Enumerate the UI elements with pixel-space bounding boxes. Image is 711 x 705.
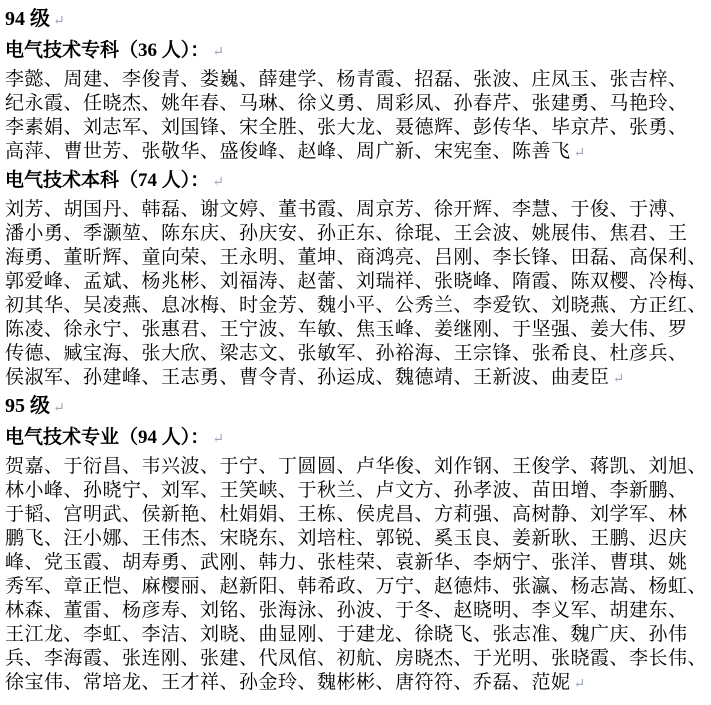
name-line: 郭爱峰、孟斌、杨兆彬、刘福涛、赵蕾、刘瑞祥、张晓峰、隋霞、陈双樱、冷梅、 (5, 270, 707, 294)
group-title-zhuanke: 电气技术专科（36 人）：↵ (5, 36, 707, 68)
name-line: 峰、党玉霞、胡寿勇、武刚、韩力、张桂荣、袁新华、李炳宁、张洋、曹琪、姚 (5, 551, 707, 575)
name-line: 林小峰、孙晓宁、刘军、王笑峡、于秋兰、卢文方、孙孝波、苗田增、李新鹏、 (5, 479, 707, 503)
grade-heading-95-text: 95 级 (5, 395, 50, 417)
name-line-text: 侯淑军、孙建峰、王志勇、曹令青、孙运成、魏德靖、王新波、曲麦臣 (5, 367, 610, 388)
name-line: 兵、李海霞、张连刚、张建、代凤倌、初航、房晓杰、于光明、张晓霞、李长伟、 (5, 647, 707, 671)
name-line: 贺嘉、于衍昌、韦兴波、于宁、丁圆圆、卢华俊、刘作钢、王俊学、蒋凯、刘旭、 (5, 455, 707, 479)
name-line: 初其华、吴凌燕、息冰梅、时金芳、魏小平、公秀兰、李爱钦、刘晓燕、方正红、 (5, 294, 707, 318)
group-title-zhuanye: 电气技术专业（94 人）：↵ (5, 423, 707, 455)
name-line: 鹏飞、汪小娜、王伟杰、宋晓东、刘培柱、郭锐、奚玉良、姜新耿、王鹏、迟庆 (5, 527, 707, 551)
paragraph-mark-icon: ↵ (212, 175, 224, 190)
name-line: 李懿、周建、李俊青、娄巍、薛建学、杨青霞、招磊、张波、庄凤玉、张吉梓、 (5, 68, 707, 92)
name-line: 秀军、章正恺、麻樱丽、赵新阳、韩希政、万宁、赵德炜、张瀛、杨志嵩、杨虹、 (5, 575, 707, 599)
name-line: 徐宝伟、常培龙、王才祥、孙金玲、魏彬彬、唐符符、乔磊、范妮↵ (5, 671, 707, 697)
grade-heading-94-text: 94 级 (5, 8, 50, 30)
paragraph-mark-icon: ↵ (574, 146, 586, 161)
group-zhuanke: 电气技术专科（36 人）：↵ 李懿、周建、李俊青、娄巍、薛建学、杨青霞、招磊、张… (5, 36, 707, 166)
grade-heading-94: 94 级↵ (5, 5, 707, 36)
name-line: 林森、董雷、杨彦寿、刘铭、张海泳、孙波、于冬、赵晓明、李义军、胡建东、 (5, 599, 707, 623)
paragraph-mark-icon: ↵ (53, 14, 65, 29)
name-line: 刘芳、胡国丹、韩磊、谢文婷、董书霞、周京芳、徐开辉、李慧、于俊、于溥、 (5, 198, 707, 222)
name-line: 潘小勇、季灏堃、陈东庆、孙庆安、孙正东、徐琨、王会波、姚展伟、焦君、王 (5, 222, 707, 246)
name-line: 侯淑军、孙建峰、王志勇、曹令青、孙运成、魏德靖、王新波、曲麦臣↵ (5, 366, 707, 392)
group-title-zhuanye-text: 电气技术专业（94 人）： (5, 427, 209, 448)
name-line: 李素娟、刘志军、刘国锋、宋全胜、张大龙、聂德辉、彭传华、毕京芹、张勇、 (5, 116, 707, 140)
paragraph-mark-icon: ↵ (53, 401, 65, 416)
paragraph-mark-icon: ↵ (212, 45, 224, 60)
group-zhuanye: 电气技术专业（94 人）：↵ 贺嘉、于衍昌、韦兴波、于宁、丁圆圆、卢华俊、刘作钢… (5, 423, 707, 697)
group-title-benke: 电气技术本科（74 人）：↵ (5, 166, 707, 198)
group-title-benke-text: 电气技术本科（74 人）： (5, 170, 209, 191)
paragraph-mark-icon: ↵ (574, 677, 586, 692)
document-page: 94 级↵ 电气技术专科（36 人）：↵ 李懿、周建、李俊青、娄巍、薛建学、杨青… (0, 0, 711, 697)
group-title-zhuanke-text: 电气技术专科（36 人）： (5, 40, 209, 61)
grade-heading-95: 95 级↵ (5, 392, 707, 423)
name-line-text: 徐宝伟、常培龙、王才祥、孙金玲、魏彬彬、唐符符、乔磊、范妮 (5, 672, 571, 693)
name-line: 王江龙、李虹、李洁、刘晓、曲显刚、于建龙、徐晓飞、张志准、魏广庆、孙伟 (5, 623, 707, 647)
section-grade-95: 95 级↵ 电气技术专业（94 人）：↵ 贺嘉、于衍昌、韦兴波、于宁、丁圆圆、卢… (5, 392, 707, 697)
name-line: 陈凌、徐永宁、张惠君、王宁波、车敏、焦玉峰、姜继刚、于坚强、姜大伟、罗 (5, 318, 707, 342)
name-line-text: 高萍、曹世芳、张敬华、盛俊峰、赵峰、周广新、宋宪奎、陈善飞 (5, 141, 571, 162)
paragraph-mark-icon: ↵ (212, 432, 224, 447)
name-line: 高萍、曹世芳、张敬华、盛俊峰、赵峰、周广新、宋宪奎、陈善飞↵ (5, 140, 707, 166)
name-line: 纪永霞、任晓杰、姚年春、马琳、徐义勇、周彩凤、孙春芹、张建勇、马艳玲、 (5, 92, 707, 116)
name-line: 于韬、宫明武、侯新艳、杜娟娟、王栋、侯虎昌、方莉强、高树静、刘学军、林 (5, 503, 707, 527)
section-grade-94: 94 级↵ 电气技术专科（36 人）：↵ 李懿、周建、李俊青、娄巍、薛建学、杨青… (5, 5, 707, 392)
group-benke: 电气技术本科（74 人）：↵ 刘芳、胡国丹、韩磊、谢文婷、董书霞、周京芳、徐开辉… (5, 166, 707, 392)
paragraph-mark-icon: ↵ (613, 372, 625, 387)
name-line: 海勇、董昕辉、童向荣、王永明、董坤、商鸿亮、吕刚、李长锋、田磊、高保利、 (5, 246, 707, 270)
name-line: 传德、臧宝海、张大欣、梁志文、张敏军、孙裕海、王宗锋、张希良、杜彦兵、 (5, 342, 707, 366)
